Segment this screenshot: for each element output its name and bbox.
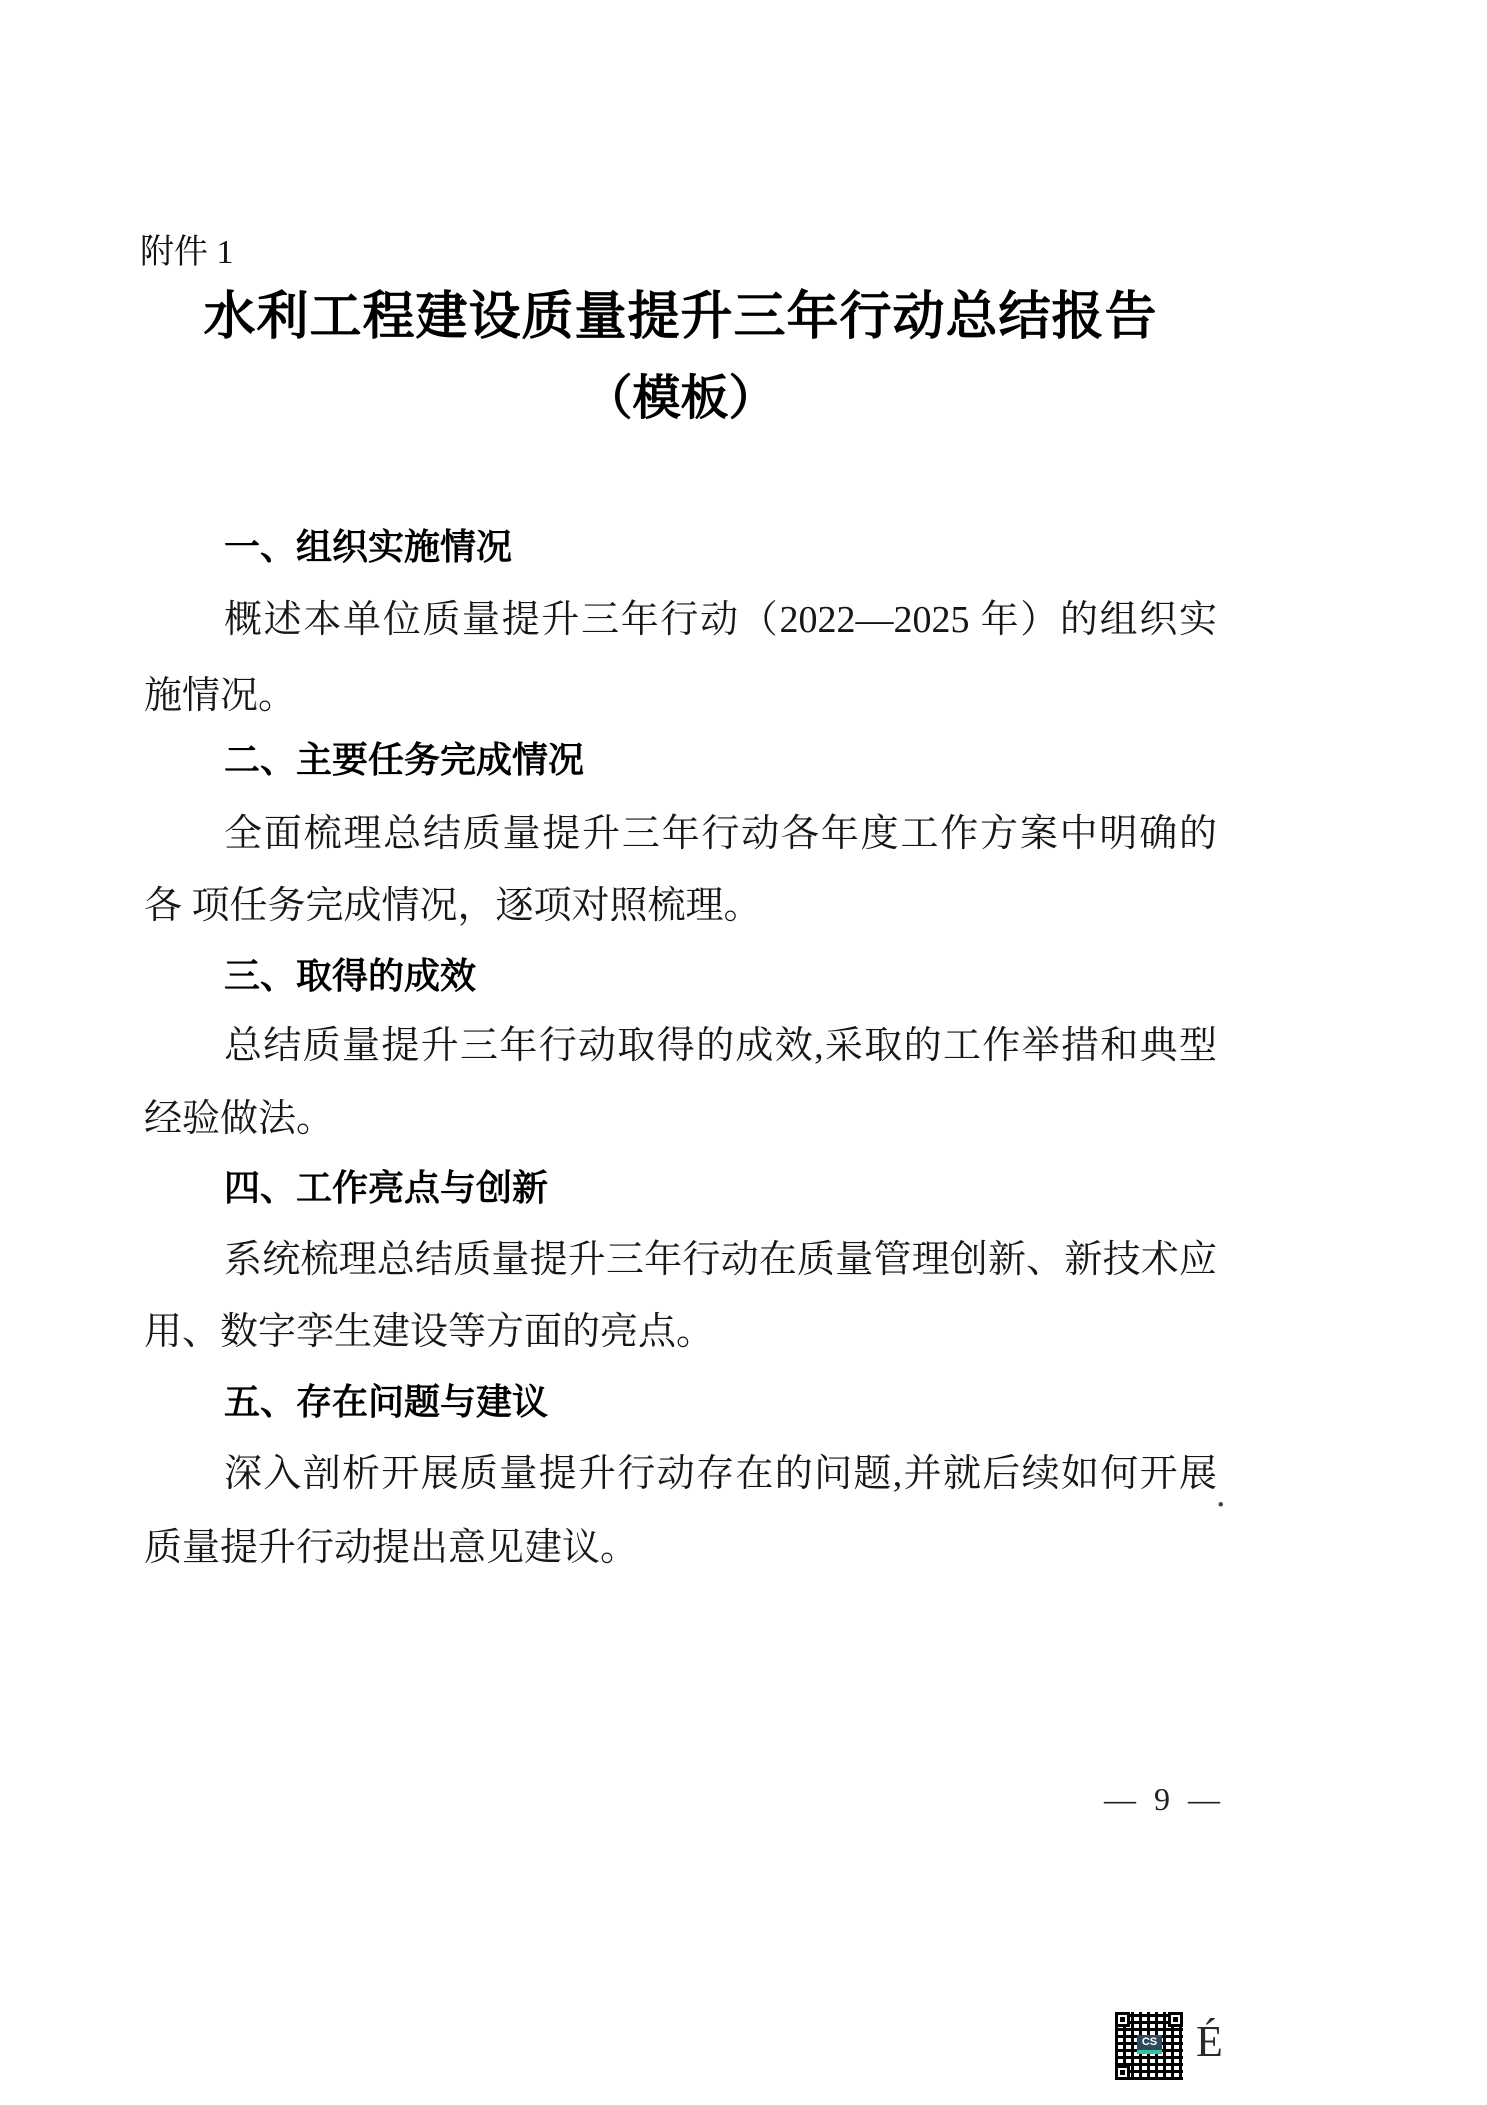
scanner-artifact-char: É <box>1196 2018 1223 2066</box>
document-title: 水利工程建设质量提升三年行动总结报告 <box>144 288 1217 348</box>
section-4-paragraph-line-2: 用、数字孪生建设等方面的亮点。 <box>144 1310 714 1354</box>
document-subtitle: （模板） <box>144 372 1217 426</box>
qr-finder-icon <box>1115 2012 1130 2027</box>
section-1-heading: 一、组织实施情况 <box>224 527 512 567</box>
document-page: 附件 1 水利工程建设质量提升三年行动总结报告 （模板） 一、组织实施情况 概述… <box>0 0 1487 2105</box>
attachment-label: 附件 1 <box>140 234 234 272</box>
section-4-paragraph-line-1: 系统梳理总结质量提升三年行动在质量管理创新、新技术应 <box>224 1238 1217 1282</box>
section-3-paragraph-line-1: 总结质量提升三年行动取得的成效,采取的工作举措和典型 <box>224 1024 1217 1068</box>
section-3-heading: 三、取得的成效 <box>224 956 476 996</box>
section-5-heading: 五、存在问题与建议 <box>224 1382 548 1422</box>
qr-code: CS <box>1115 2012 1183 2080</box>
section-3-paragraph-line-2: 经验做法。 <box>144 1097 334 1141</box>
section-1-paragraph-line-1: 概述本单位质量提升三年行动（2022—2025 年）的组织实 <box>224 598 1217 642</box>
scanner-logo-badge: CS <box>1137 2035 1162 2054</box>
section-5-paragraph-line-2: 质量提升行动提出意见建议。 <box>144 1526 638 1570</box>
section-1-paragraph-line-2: 施情况。 <box>144 674 296 718</box>
section-2-paragraph-line-2: 各 项任务完成情况，逐项对照梳理。 <box>144 884 762 928</box>
section-2-heading: 二、主要任务完成情况 <box>224 740 584 780</box>
section-4-heading: 四、工作亮点与创新 <box>224 1168 548 1208</box>
stray-period-mark: . <box>1216 1472 1226 1516</box>
page-number: — 9 — <box>1104 1782 1225 1816</box>
section-5-paragraph-line-1: 深入剖析开展质量提升行动存在的问题,并就后续如何开展 <box>224 1452 1217 1496</box>
qr-finder-icon <box>1115 2065 1130 2080</box>
section-2-paragraph-line-1: 全面梳理总结质量提升三年行动各年度工作方案中明确的 <box>224 812 1217 856</box>
qr-finder-icon <box>1168 2012 1183 2027</box>
